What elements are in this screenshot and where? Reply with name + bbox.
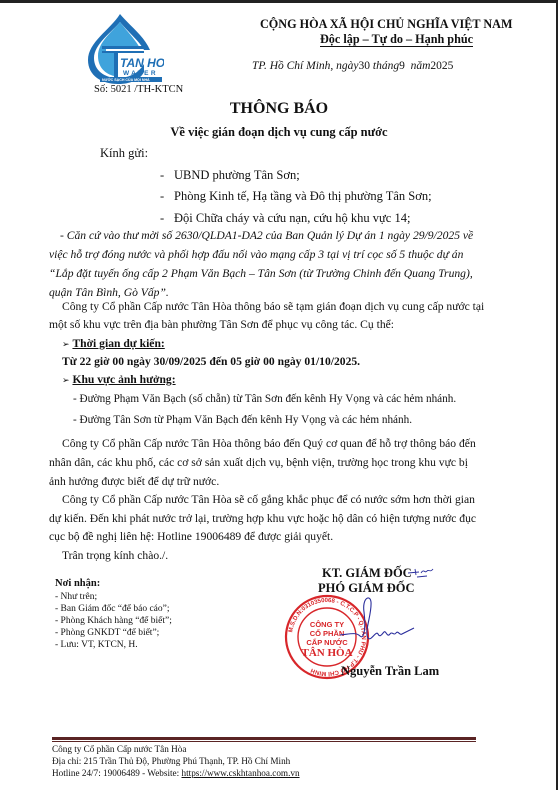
footer-contact: Hotline 24/7: 19006489 - Website: https:…: [52, 767, 300, 779]
recipients-list-item: - Phòng Khách hàng “để biết”;: [55, 616, 172, 626]
footer-divider-thin: [52, 741, 476, 742]
document-number: Số: 5021 /TH-KTCN: [94, 84, 183, 95]
arrow-bullet-icon: ➢: [62, 376, 70, 386]
recipient-item: -UBND phường Tân Sơn;: [160, 168, 300, 183]
notice-line: Công ty Cổ phần Cấp nước Tân Hòa thông b…: [62, 434, 476, 453]
date-year: 2025: [430, 60, 453, 72]
affected-item: - Đường Phạm Văn Bạch (số chẵn) từ Tân S…: [73, 390, 456, 409]
tanhoa-water-logo-icon: TAN HOA WATER NƯỚC SẠCH CỦA MỌI NHÀ: [80, 12, 164, 86]
signature-title-1: KT. GIÁM ĐỐC: [322, 566, 412, 581]
handwritten-signature-icon: [340, 592, 418, 652]
basis-line: - Căn cứ vào thư mời số 2630/QLDA1-DA2 c…: [60, 226, 473, 245]
svg-text:NƯỚC SẠCH CỦA MỌI NHÀ: NƯỚC SẠCH CỦA MỌI NHÀ: [102, 77, 150, 82]
recipients-list-item: - Phòng GNKDT “để biết”;: [55, 628, 159, 638]
footer-address: Địa chỉ: 215 Trần Thủ Độ, Phường Phú Thạ…: [52, 755, 290, 767]
signer-name: Nguyễn Trần Lam: [341, 664, 439, 679]
greeting: Kính gửi:: [100, 146, 148, 161]
notice-line: nhân dân, các khu phố, các cơ sở sản xuấ…: [49, 453, 468, 472]
website-link[interactable]: https://www.cskhtanhoa.com.vn: [182, 768, 300, 778]
effort-line: Công ty Cổ phần Cấp nước Tân Hòa sẽ cố g…: [62, 490, 475, 509]
document-title: THÔNG BÁO: [0, 100, 558, 118]
intro-line: một số khu vực trên địa bàn phường Tân S…: [49, 315, 394, 334]
affected-heading: ➢ Khu vực ảnh hưởng:: [62, 370, 176, 391]
svg-text:TAN HOA: TAN HOA: [120, 56, 164, 70]
arrow-bullet-icon: ➢: [62, 340, 70, 350]
basis-line: việc hỗ trợ đóng nước và phối hợp đấu nố…: [49, 245, 463, 264]
date-month: 9: [399, 60, 405, 72]
basis-line: “Lắp đặt tuyến ống cấp 2 Phạm Văn Bạch –…: [49, 264, 473, 283]
window-top-border: [0, 0, 558, 3]
issue-date: TP. Hồ Chí Minh, ngày30 tháng9 năm2025: [252, 60, 453, 72]
recipient-item: -Phòng Kinh tế, Hạ tầng và Đô thị phường…: [160, 189, 432, 204]
document-subtitle: Về việc gián đoạn dịch vụ cung cấp nước: [0, 125, 558, 140]
schedule-value: Từ 22 giờ 00 ngày 30/09/2025 đến 05 giờ …: [62, 352, 360, 371]
national-title: CỘNG HÒA XÃ HỘI CHỦ NGHĨA VIỆT NAM: [260, 17, 512, 32]
national-motto: Độc lập – Tự do – Hạnh phúc: [320, 33, 473, 47]
notice-line: ảnh hưởng được biết để dự trữ nước.: [49, 472, 219, 491]
footer-company: Công ty Cổ phần Cấp nước Tân Hòa: [52, 743, 186, 755]
date-month-label: tháng: [370, 60, 399, 72]
date-prefix: TP. Hồ Chí Minh, ngày: [252, 60, 359, 72]
recipients-list-item: - Ban Giám đốc “để báo cáo”;: [55, 604, 169, 614]
recipients-list-title: Nơi nhận:: [55, 578, 100, 589]
date-day: 30: [359, 60, 371, 72]
recipients-list-item: - Như trên;: [55, 592, 97, 602]
footer-hotline: Hotline 24/7: 19006489 - Website:: [52, 768, 182, 778]
svg-text:WATER: WATER: [123, 70, 158, 77]
initial-scribble-icon: [407, 564, 437, 578]
effort-line: cục bộ đề nghị liên hệ: Hotline 19006489…: [49, 527, 333, 546]
footer-divider: [52, 737, 476, 740]
svg-text:CÔNG TY: CÔNG TY: [310, 620, 344, 629]
intro-line: Công ty Cổ phần Cấp nước Tân Hòa thông b…: [62, 297, 484, 316]
recipient-item: -Đội Chữa cháy và cứu nạn, cứu hộ khu vự…: [160, 211, 410, 226]
recipients-list-item: - Lưu: VT, KTCN, H.: [55, 640, 138, 650]
affected-item: - Đường Tân Sơn từ Phạm Văn Bạch đến kên…: [73, 411, 412, 430]
effort-line: dự kiến. Đến khi phát nước trở lại, trườ…: [49, 509, 476, 528]
closing: Trân trọng kính chào./.: [62, 546, 168, 565]
date-year-label: năm: [411, 60, 431, 72]
